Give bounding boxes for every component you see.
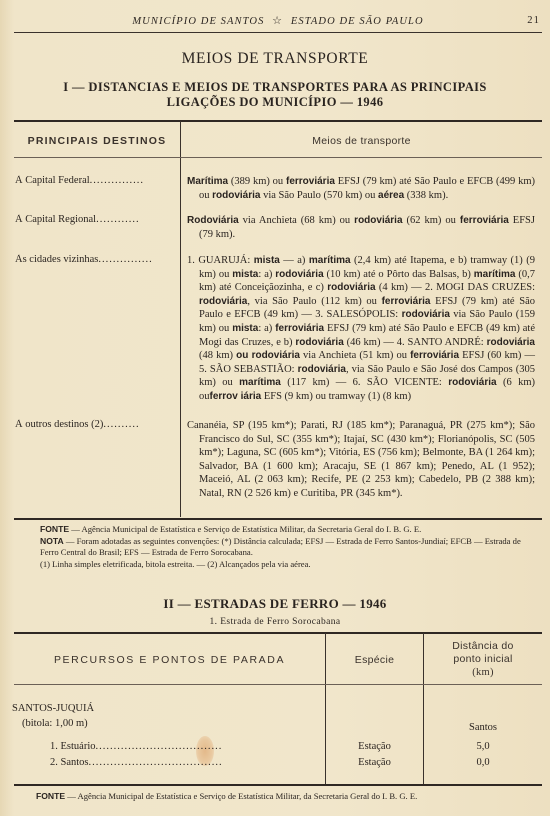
header-municipality: MUNICÍPIO DE SANTOS (132, 16, 264, 27)
means-text: Cananéia, SP (195 km*); Parati, RJ (185 … (187, 419, 535, 501)
star-icon: ☆ (272, 15, 283, 27)
stop-kind-santos: Estação (326, 757, 423, 768)
means-text: Rodoviária via Anchieta (68 km) ou rodov… (187, 214, 535, 241)
route-gauge: (bitola: 1,00 m) (22, 718, 88, 729)
stop-kind-estuario: Estação (326, 741, 423, 752)
table1-column-divider (180, 121, 181, 517)
section1-title-line1: I — DISTANCIAS E MEIOS DE TRANSPORTES PA… (0, 80, 550, 95)
table2-source-note: FONTE — Agência Municipal de Estatística… (36, 791, 536, 802)
header-state: ESTADO DE SÃO PAULO (291, 16, 424, 27)
table2-header-distance: Distância do ponto inicial (km) (424, 640, 542, 679)
source-note: FONTE — Agência Municipal de Estatística… (40, 524, 540, 535)
destination-neighbor-cities: Às cidades vizinhas............... (15, 254, 178, 265)
section1-title-line2: LIGAÇÕES DO MUNICÍPIO — 1946 (0, 95, 550, 110)
table1-header-rule (14, 157, 542, 158)
table1-bottom-rule (14, 518, 542, 520)
stop-row-santos: 2. Santos...............................… (50, 757, 322, 768)
table1-header-destinations: PRINCIPAIS DESTINOS (14, 135, 180, 147)
table2-header-rule (14, 684, 542, 685)
section2-subtitle: 1. Estrada de Ferro Sorocabana (0, 617, 550, 627)
start-point: Santos (424, 722, 542, 733)
section2-title: II — ESTRADAS DE FERRO — 1946 (0, 596, 550, 612)
means-other: Cananéia, SP (195 km*); Parati, RJ (185 … (187, 419, 535, 501)
route-name: SANTOS-JUQUIÁ (12, 703, 94, 714)
means-capital-federal: Marítima (389 km) ou ferroviária EFSJ (7… (187, 175, 535, 202)
means-capital-regional: Rodoviária via Anchieta (68 km) ou rodov… (187, 214, 535, 241)
convention-note: NOTA — Foram adotadas as seguintes conve… (40, 536, 540, 558)
destination-other: À outros destinos (2).......... (15, 419, 178, 430)
page-number: 21 (527, 15, 540, 26)
table1-top-rule (14, 120, 542, 122)
means-text: Marítima (389 km) ou ferroviária EFSJ (7… (187, 175, 535, 202)
table2-header-route: PERCURSOS E PONTOS DE PARADA (14, 654, 325, 666)
footnotes: (1) Linha simples eletrificada, bitola e… (40, 559, 540, 570)
page-title: MEIOS DE TRANSPORTE (0, 50, 550, 68)
table2-bottom-rule (14, 784, 542, 786)
table1-notes: FONTE — Agência Municipal de Estatística… (40, 524, 540, 571)
means-text: 1. GUARUJÁ: mista — a) marítima (2,4 km)… (187, 254, 535, 404)
table2-top-rule (14, 632, 542, 634)
table2-header-kind: Espécie (326, 654, 423, 666)
table1-header-means: Meios de transporte (181, 135, 542, 147)
stop-distance-estuario: 5,0 (424, 741, 542, 752)
stop-distance-santos: 0,0 (424, 757, 542, 768)
running-header: MUNICÍPIO DE SANTOS ☆ ESTADO DE SÃO PAUL… (14, 14, 542, 33)
stop-row-estuario: 1. Estuário.............................… (50, 741, 322, 752)
destination-capital-regional: À Capital Regional............ (15, 214, 178, 225)
section1-title: I — DISTANCIAS E MEIOS DE TRANSPORTES PA… (0, 80, 550, 110)
means-neighbor-cities: 1. GUARUJÁ: mista — a) marítima (2,4 km)… (187, 254, 535, 404)
destination-capital-federal: À Capital Federal............... (15, 175, 178, 186)
